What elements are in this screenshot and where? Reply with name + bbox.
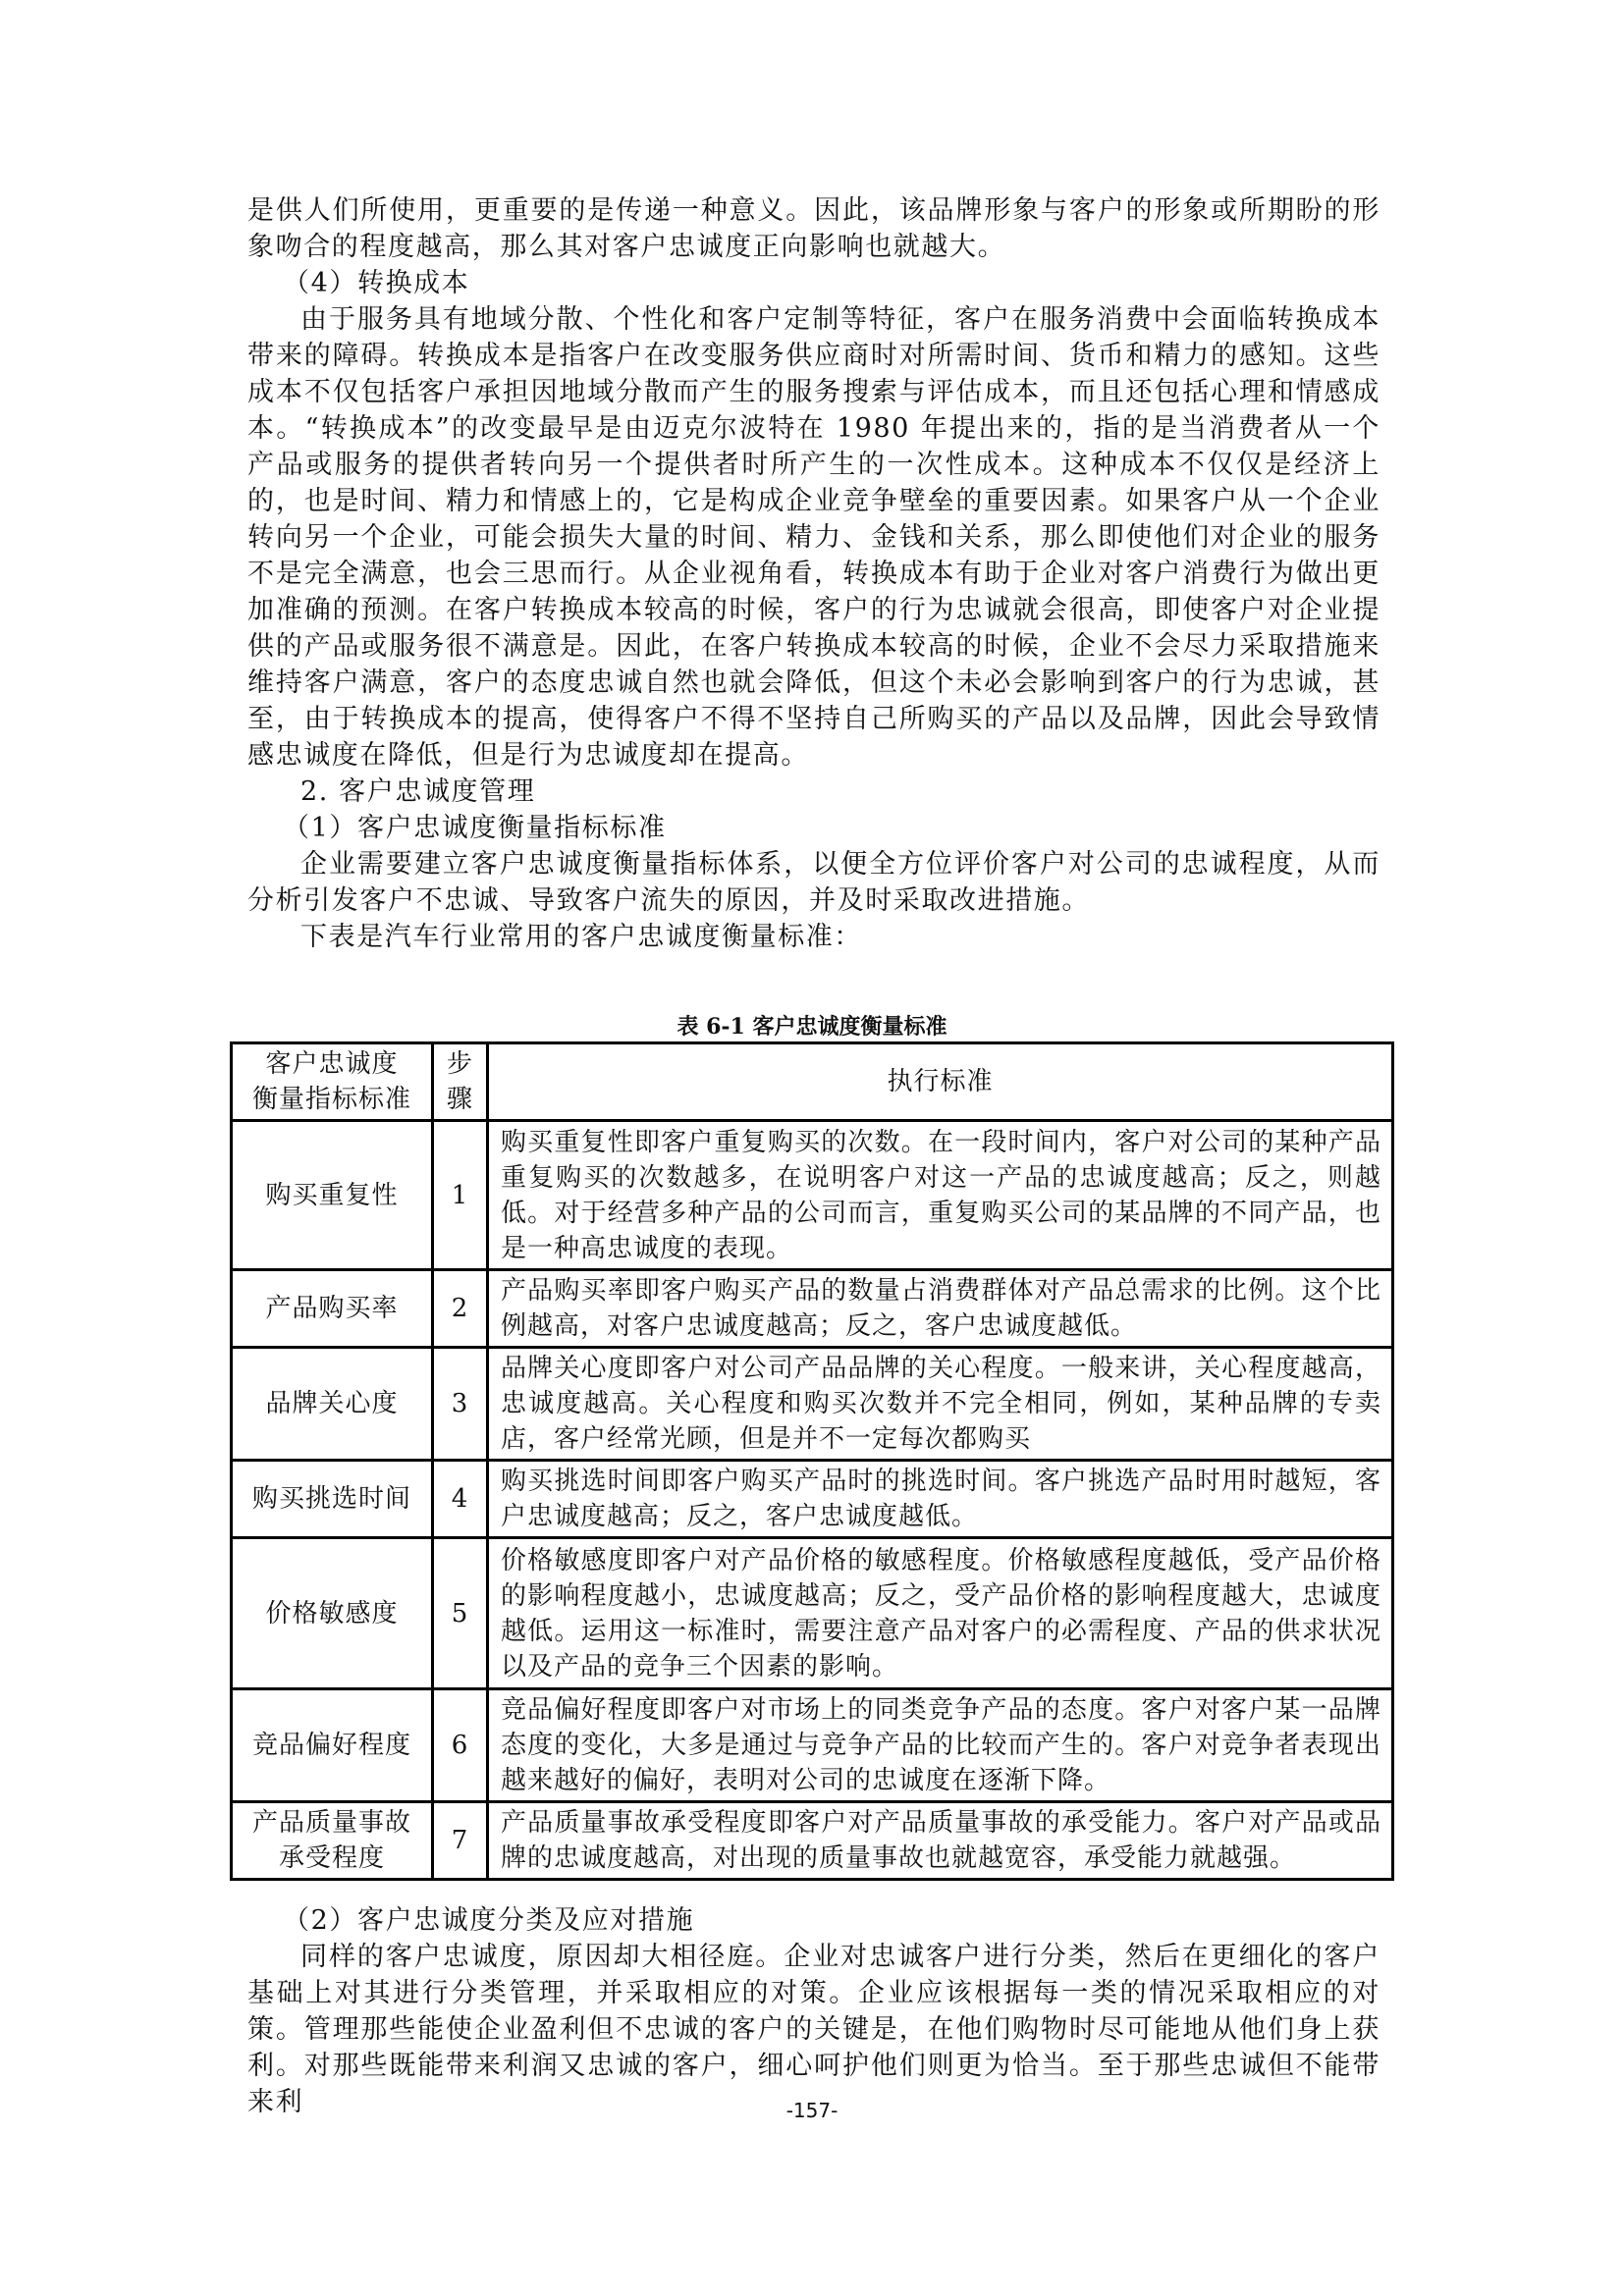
cell-step: 4 <box>433 1461 488 1538</box>
cell-indicator: 竞品偏好程度 <box>232 1689 433 1802</box>
header-indicator: 客户忠诚度 衡量指标标准 <box>232 1043 433 1121</box>
table-row: 产品购买率 2 产品购买率即客户购买产品的数量占消费群体对产品总需求的比例。这个… <box>232 1270 1393 1348</box>
heading-loyalty-metrics: （1）客户忠诚度衡量指标标准 <box>247 810 1380 846</box>
cell-standard: 产品购买率即客户购买产品的数量占消费群体对产品总需求的比例。这个比例越高，对客户… <box>488 1270 1393 1348</box>
cell-indicator: 产品质量事故 承受程度 <box>232 1802 433 1880</box>
loyalty-standards-table: 客户忠诚度 衡量指标标准 步 骤 执行标准 购买重复性 1 购买重复性即客户重复… <box>230 1041 1394 1881</box>
table-caption: 表 6-1 客户忠诚度衡量标准 <box>230 1013 1394 1041</box>
cell-indicator: 品牌关心度 <box>232 1348 433 1461</box>
cell-standard: 购买挑选时间即客户购买产品时的挑选时间。客户挑选产品时用时越短，客户忠诚度越高；… <box>488 1461 1393 1538</box>
cell-step: 5 <box>433 1538 488 1689</box>
paragraph-switching-cost: 由于服务具有地域分散、个性化和客户定制等特征，客户在服务消费中会面临转换成本带来… <box>247 301 1380 774</box>
cell-standard: 品牌关心度即客户对公司产品品牌的关心程度。一般来讲，关心程度越高，忠诚度越高。关… <box>488 1348 1393 1461</box>
heading-loyalty-classification: （2）客户忠诚度分类及应对措施 <box>247 1902 1380 1939</box>
page-number: -157- <box>0 2099 1624 2122</box>
table-row: 品牌关心度 3 品牌关心度即客户对公司产品品牌的关心程度。一般来讲，关心程度越高… <box>232 1348 1393 1461</box>
cell-indicator: 购买重复性 <box>232 1121 433 1270</box>
heading-loyalty-management: 2. 客户忠诚度管理 <box>247 774 1380 810</box>
table-row: 购买挑选时间 4 购买挑选时间即客户购买产品时的挑选时间。客户挑选产品时用时越短… <box>232 1461 1393 1538</box>
header-step: 步 骤 <box>433 1043 488 1121</box>
cell-standard: 竞品偏好程度即客户对市场上的同类竞争产品的态度。客户对客户某一品牌态度的变化，大… <box>488 1689 1393 1802</box>
paragraph-table-intro: 下表是汽车行业常用的客户忠诚度衡量标准： <box>247 919 1380 955</box>
heading-switching-cost: （4）转换成本 <box>247 265 1380 301</box>
table-row: 价格敏感度 5 价格敏感度即客户对产品价格的敏感程度。价格敏感程度越低，受产品价… <box>232 1538 1393 1689</box>
cell-step: 1 <box>433 1121 488 1270</box>
cell-indicator: 价格敏感度 <box>232 1538 433 1689</box>
cell-step: 3 <box>433 1348 488 1461</box>
cell-indicator: 产品购买率 <box>232 1270 433 1348</box>
cell-standard: 价格敏感度即客户对产品价格的敏感程度。价格敏感程度越低，受产品价格的影响程度越小… <box>488 1538 1393 1689</box>
body-top: 是供人们所使用，更重要的是传递一种意义。因此，该品牌形象与客户的形象或所期盼的形… <box>247 192 1380 955</box>
paragraph-brand-image: 是供人们所使用，更重要的是传递一种意义。因此，该品牌形象与客户的形象或所期盼的形… <box>247 192 1380 265</box>
cell-standard: 购买重复性即客户重复购买的次数。在一段时间内，客户对公司的某种产品重复购买的次数… <box>488 1121 1393 1270</box>
cell-standard: 产品质量事故承受程度即客户对产品质量事故的承受能力。客户对产品或品牌的忠诚度越高… <box>488 1802 1393 1880</box>
paragraph-metrics-system: 企业需要建立客户忠诚度衡量指标体系，以便全方位评价客户对公司的忠诚程度，从而分析… <box>247 846 1380 919</box>
table-row: 产品质量事故 承受程度 7 产品质量事故承受程度即客户对产品质量事故的承受能力。… <box>232 1802 1393 1880</box>
table-row: 购买重复性 1 购买重复性即客户重复购买的次数。在一段时间内，客户对公司的某种产… <box>232 1121 1393 1270</box>
header-standard: 执行标准 <box>488 1043 1393 1121</box>
body-bottom: （2）客户忠诚度分类及应对措施 同样的客户忠诚度，原因却大相径庭。企业对忠诚客户… <box>247 1902 1380 2120</box>
table-row: 竞品偏好程度 6 竞品偏好程度即客户对市场上的同类竞争产品的态度。客户对客户某一… <box>232 1689 1393 1802</box>
paragraph-classification: 同样的客户忠诚度，原因却大相径庭。企业对忠诚客户进行分类，然后在更细化的客户基础… <box>247 1939 1380 2120</box>
cell-step: 7 <box>433 1802 488 1880</box>
table-header-row: 客户忠诚度 衡量指标标准 步 骤 执行标准 <box>232 1043 1393 1121</box>
cell-indicator: 购买挑选时间 <box>232 1461 433 1538</box>
cell-step: 2 <box>433 1270 488 1348</box>
cell-step: 6 <box>433 1689 488 1802</box>
